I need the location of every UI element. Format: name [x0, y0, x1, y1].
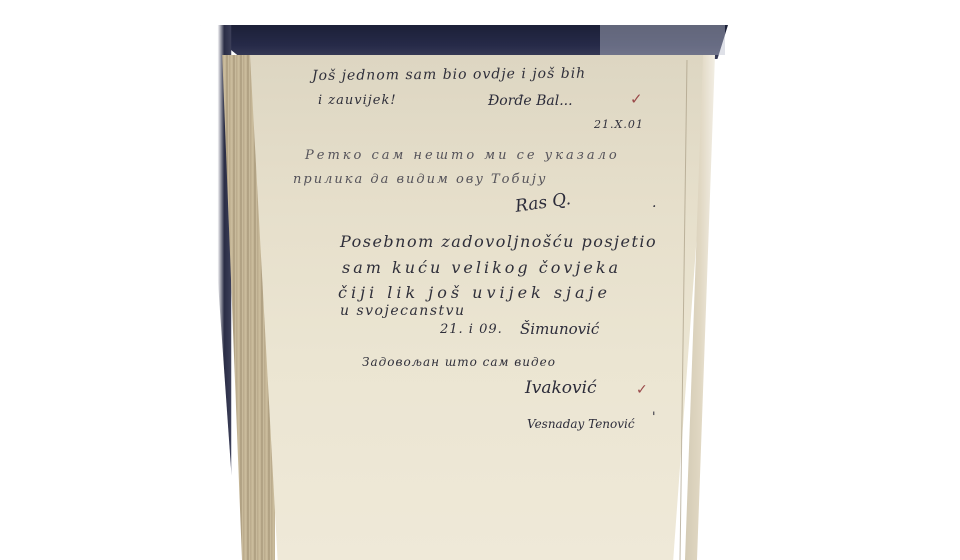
entry-3-line-1: Posebnom zadovoljnošću posjetio	[340, 232, 657, 251]
book-cover-top-highlight	[600, 25, 725, 55]
entry-3-line-4: u svojecanstvu	[340, 303, 466, 319]
entry-4-signature: Ivaković	[525, 378, 597, 398]
entry-3-signature: Šimunović	[520, 320, 599, 338]
entry-3-line-2: sam kuću velikog čovjeka	[342, 258, 621, 277]
entry-1-line-2: i zauvijek!	[318, 93, 397, 108]
entry-1-signature: Đorđe Bal...	[488, 93, 573, 109]
entry-1-date: 21.X.01	[594, 118, 644, 131]
entry-4-second-signature: Vesnaday Tenović	[527, 417, 635, 431]
guestbook-photo: Još jednom sam bio ovdje i još bih i zau…	[0, 0, 960, 560]
entry-2-line-2: прилика да видим ову Тобију	[293, 172, 547, 187]
entry-2-line-1: Ретко сам нешто ми се указало	[305, 148, 620, 163]
entry-3-date: 21. i 09.	[440, 322, 503, 337]
entry-1-check-mark-icon: ✓	[630, 90, 643, 108]
entry-3-line-3: čiji lik još uvijek sjaje	[338, 283, 611, 302]
entry-4-mark: '	[652, 410, 656, 425]
entry-1-line-1: Još jednom sam bio ovdje i još bih	[312, 66, 586, 84]
entry-2-mark: .	[652, 195, 656, 211]
entry-4-check-mark-icon: ✓	[636, 382, 648, 398]
entry-4-line-1: Задовољан што сам видео	[362, 355, 556, 369]
